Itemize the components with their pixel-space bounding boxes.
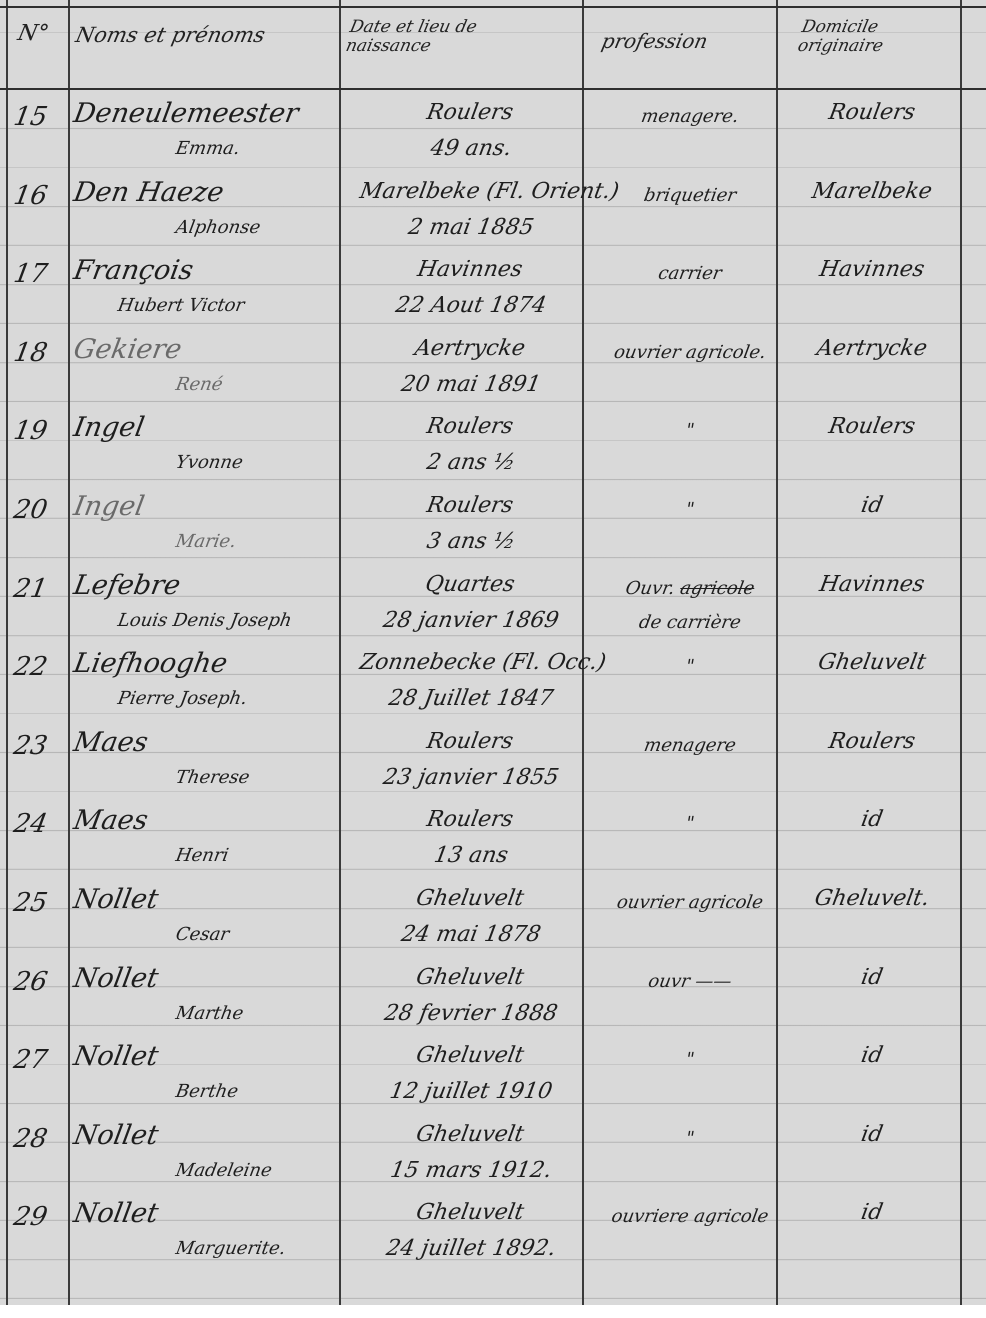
- entry-birth-place: Quartes: [358, 572, 582, 597]
- entry-number: 23: [11, 731, 49, 761]
- register-entry: 23 Maes Therese Roulers 23 janvier 1855 …: [0, 723, 986, 801]
- register-entry: 25 Nollet Cesar Gheluvelt 24 mai 1878 ou…: [0, 880, 986, 958]
- entry-given-names: Pierre Joseph.: [116, 688, 249, 709]
- entry-number: 15: [11, 102, 49, 132]
- entry-surname: Maes: [71, 805, 150, 836]
- entry-number: 25: [11, 888, 49, 918]
- entry-birth-place: Roulers: [358, 493, 582, 518]
- entry-birth-place: Gheluvelt: [358, 886, 582, 911]
- register-entry: 24 Maes Henri Roulers 13 ans " id: [0, 801, 986, 879]
- header-birth: Date et lieu de naissance: [344, 18, 522, 55]
- entry-number: 21: [11, 574, 49, 604]
- entry-birth-date: 22 Aout 1874: [354, 293, 588, 318]
- header-profession: profession: [600, 30, 710, 52]
- entry-domicile: id: [780, 1200, 964, 1225]
- entry-surname: Nollet: [71, 963, 160, 994]
- entry-birth-place: Gheluvelt: [358, 1043, 582, 1068]
- entry-surname: Nollet: [71, 1120, 160, 1151]
- entry-domicile: Marelbeke: [780, 179, 964, 204]
- entry-number: 22: [11, 652, 49, 682]
- register-entry: 22 Liefhooghe Pierre Joseph. Zonnebecke …: [0, 644, 986, 722]
- entry-surname: Nollet: [71, 1198, 160, 1229]
- entry-domicile: Gheluvelt: [780, 650, 964, 675]
- entry-profession: ouvr ——: [598, 971, 782, 992]
- register-entry: 21 Lefebre Louis Denis Joseph Quartes 28…: [0, 566, 986, 644]
- entry-profession: briquetier: [598, 185, 782, 206]
- entry-given-names: René: [174, 374, 224, 395]
- header-number: N°: [15, 22, 50, 46]
- entry-birth-date: 28 janvier 1869: [354, 608, 588, 633]
- entry-given-names: Henri: [174, 845, 230, 866]
- entry-surname: Den Haeze: [71, 177, 226, 208]
- entry-profession: Ouvr. agricole: [598, 578, 782, 599]
- entry-number: 28: [11, 1124, 49, 1154]
- entry-profession: menagere: [598, 735, 782, 756]
- entry-birth-date: 24 juillet 1892.: [354, 1236, 588, 1261]
- entry-birth-place: Gheluvelt: [358, 1200, 582, 1225]
- entry-birth-date: 28 fevrier 1888: [354, 1001, 588, 1026]
- register-entry: 29 Nollet Marguerite. Gheluvelt 24 juill…: [0, 1194, 986, 1272]
- entry-birth-date: 13 ans: [354, 843, 588, 868]
- header-top-rule: [0, 6, 986, 8]
- entry-domicile: id: [780, 1122, 964, 1147]
- entry-birth-date: 15 mars 1912.: [354, 1158, 588, 1183]
- entry-given-names: Louis Denis Joseph: [116, 610, 293, 631]
- entry-birth-place: Gheluvelt: [358, 965, 582, 990]
- register-entry: 20 Ingel Marie. Roulers 3 ans ½ " id: [0, 487, 986, 565]
- entry-number: 17: [11, 259, 49, 289]
- entry-birth-date: 23 janvier 1855: [354, 765, 588, 790]
- entry-surname: Nollet: [71, 884, 160, 915]
- entry-profession: ": [598, 499, 782, 520]
- entry-given-names: Marthe: [174, 1003, 245, 1024]
- entry-given-names: Emma.: [174, 138, 241, 159]
- register-entry: 18 Gekiere René Aertrycke 20 mai 1891 ou…: [0, 330, 986, 408]
- entry-birth-date: 12 juillet 1910: [354, 1079, 588, 1104]
- entry-birth-place: Roulers: [358, 729, 582, 754]
- entry-given-names: Yvonne: [174, 452, 244, 473]
- entry-profession: ouvrier agricole: [598, 892, 782, 913]
- entry-domicile: id: [780, 807, 964, 832]
- entry-birth-place: Aertrycke: [358, 336, 582, 361]
- entry-domicile: id: [780, 965, 964, 990]
- entry-given-names: Marguerite.: [174, 1238, 287, 1259]
- entry-given-names: Therese: [174, 767, 251, 788]
- entry-profession: ": [598, 420, 782, 441]
- entry-given-names: Alphonse: [174, 217, 262, 238]
- register-entry: 16 Den Haeze Alphonse Marelbeke (Fl. Ori…: [0, 173, 986, 251]
- entry-profession: ouvriere agricole: [598, 1206, 782, 1227]
- header-names: Noms et prénoms: [74, 24, 268, 47]
- entry-surname: Nollet: [71, 1041, 160, 1072]
- entry-profession: ": [598, 1128, 782, 1149]
- entry-birth-date: 49 ans.: [354, 136, 588, 161]
- entry-profession: ": [598, 656, 782, 677]
- entry-domicile: Roulers: [780, 729, 964, 754]
- entry-domicile: Roulers: [780, 414, 964, 439]
- entry-surname: Ingel: [71, 491, 146, 522]
- entry-birth-place: Havinnes: [358, 257, 582, 282]
- entry-birth-place: Zonnebecke (Fl. Occ.): [358, 650, 582, 675]
- entry-profession: menagere.: [598, 106, 782, 127]
- register-entry: 27 Nollet Berthe Gheluvelt 12 juillet 19…: [0, 1037, 986, 1115]
- register-entry: 28 Nollet Madeleine Gheluvelt 15 mars 19…: [0, 1116, 986, 1194]
- register-entry: 15 Deneulemeester Emma. Roulers 49 ans. …: [0, 94, 986, 172]
- entry-domicile: id: [780, 1043, 964, 1068]
- entry-profession: ouvrier agricole.: [598, 342, 782, 363]
- entry-number: 16: [11, 181, 49, 211]
- entry-domicile: Aertrycke: [780, 336, 964, 361]
- entry-birth-date: 28 Juillet 1847: [354, 686, 588, 711]
- entry-birth-place: Roulers: [358, 414, 582, 439]
- entry-birth-date: 2 ans ½: [354, 450, 588, 475]
- entry-birth-place: Marelbeke (Fl. Orient.): [358, 179, 582, 204]
- entry-domicile: Havinnes: [780, 572, 964, 597]
- header-bottom-rule: [0, 88, 986, 90]
- entry-given-names: Madeleine: [174, 1160, 273, 1181]
- entry-number: 29: [11, 1202, 49, 1232]
- entry-birth-place: Roulers: [358, 807, 582, 832]
- entry-profession: carrier: [598, 263, 782, 284]
- entry-number: 19: [11, 416, 49, 446]
- entry-number: 18: [11, 338, 49, 368]
- register-page: N° Noms et prénoms Date et lieu de naiss…: [0, 0, 986, 1305]
- entry-birth-date: 2 mai 1885: [354, 215, 588, 240]
- entry-birth-date: 24 mai 1878: [354, 922, 588, 947]
- entry-surname: Maes: [71, 727, 150, 758]
- register-entry: 26 Nollet Marthe Gheluvelt 28 fevrier 18…: [0, 959, 986, 1037]
- entry-number: 20: [11, 495, 49, 525]
- entry-profession: ": [598, 1049, 782, 1070]
- entry-domicile: Havinnes: [780, 257, 964, 282]
- entry-number: 24: [11, 809, 49, 839]
- register-entry: 19 Ingel Yvonne Roulers 2 ans ½ " Rouler…: [0, 408, 986, 486]
- entry-birth-date: 20 mai 1891: [354, 372, 588, 397]
- entry-birth-place: Roulers: [358, 100, 582, 125]
- entry-surname: Liefhooghe: [71, 648, 230, 679]
- entry-birth-date: 3 ans ½: [354, 529, 588, 554]
- entry-given-names: Hubert Victor: [116, 295, 246, 316]
- entry-number: 26: [11, 967, 49, 997]
- entry-domicile: Gheluvelt.: [780, 886, 964, 911]
- register-entry: 17 François Hubert Victor Havinnes 22 Ao…: [0, 251, 986, 329]
- entry-profession: ": [598, 813, 782, 834]
- entry-domicile: id: [780, 493, 964, 518]
- entry-surname: Deneulemeester: [71, 98, 301, 129]
- entry-domicile: Roulers: [780, 100, 964, 125]
- entry-surname: Lefebre: [71, 570, 183, 601]
- entry-given-names: Berthe: [174, 1081, 240, 1102]
- header-domicile: Domicile originaire: [796, 18, 944, 55]
- entry-given-names: Cesar: [174, 924, 231, 945]
- entry-given-names: Marie.: [174, 531, 238, 552]
- entry-surname: Ingel: [71, 412, 146, 443]
- entry-profession-continued: de carrière: [598, 612, 782, 633]
- entry-surname: François: [71, 255, 195, 286]
- entry-birth-place: Gheluvelt: [358, 1122, 582, 1147]
- entry-number: 27: [11, 1045, 49, 1075]
- entry-surname: Gekiere: [71, 334, 184, 365]
